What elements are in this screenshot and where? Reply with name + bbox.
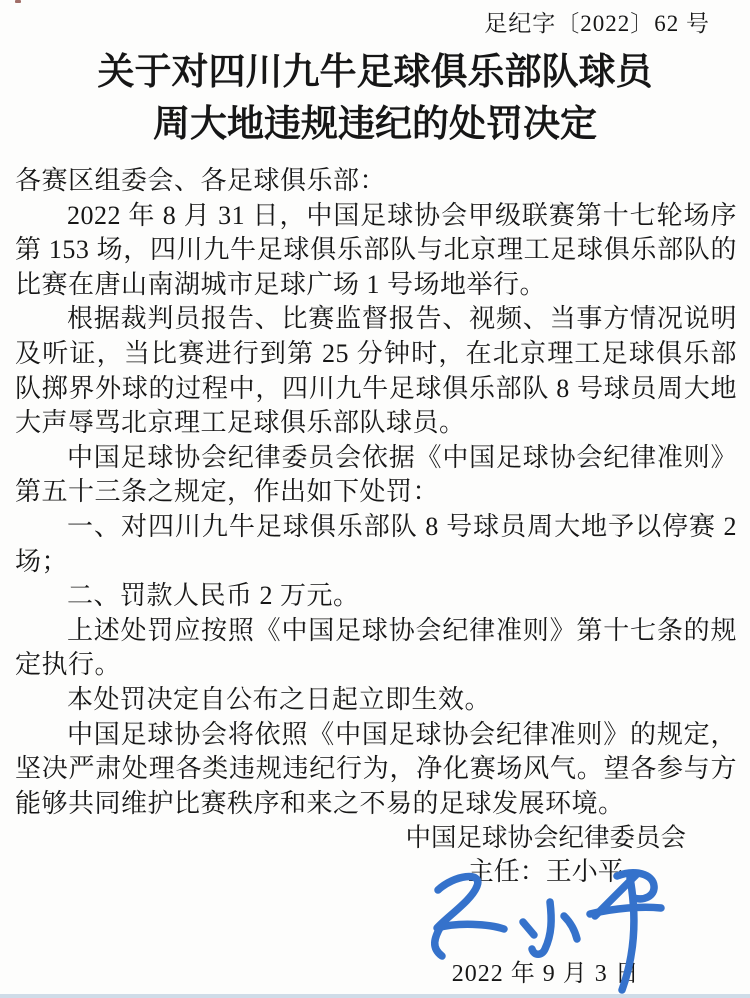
document-page: 足纪字〔2022〕62 号 关于对四川九牛足球俱乐部队球员 周大地违规违纪的处罚… <box>0 0 750 998</box>
signoff-date: 2022 年 9 月 3 日 <box>405 957 686 991</box>
paragraph-ruling-basis: 中国足球协会纪律委员会依据《中国足球协会纪律准则》第五十三条之规定，作出如下处罚… <box>15 441 737 510</box>
title-line-1: 关于对四川九牛足球俱乐部队球员 <box>0 47 750 99</box>
paragraph-penalty-1: 一、对四川九牛足球俱乐部队 8 号球员周大地予以停赛 2 场； <box>15 510 737 579</box>
paragraph-penalty-2: 二、罚款人民币 2 万元。 <box>15 579 737 614</box>
scan-artifact <box>15 0 21 3</box>
signoff-director: 主任：王小平 <box>405 855 686 889</box>
title-line-2: 周大地违规违纪的处罚决定 <box>0 99 750 151</box>
salutation: 各赛区组委会、各足球俱乐部： <box>15 164 737 199</box>
paragraph-effective: 本处罚决定自公布之日起立即生效。 <box>15 683 737 718</box>
document-body: 各赛区组委会、各足球俱乐部： 2022 年 8 月 31 日，中国足球协会甲级联… <box>15 164 737 821</box>
paragraph-incident: 根据裁判员报告、比赛监督报告、视频、当事方情况说明及听证，当比赛进行到第 25 … <box>15 302 737 440</box>
paragraph-execution: 上述处罚应按照《中国足球协会纪律准则》第十七条的规定执行。 <box>15 614 737 683</box>
paragraph-closing: 中国足球协会将依照《中国足球协会纪律准则》的规定，坚决严肃处理各类违规违纪行为，… <box>15 718 737 822</box>
scan-edge-strip <box>0 994 750 998</box>
signoff-organization: 中国足球协会纪律委员会 <box>405 821 686 855</box>
paragraph-match-info: 2022 年 8 月 31 日，中国足球协会甲级联赛第十七轮场序第 153 场，… <box>15 199 737 303</box>
signature-block: 中国足球协会纪律委员会 主任：王小平 2022 年 9 月 3 日 <box>405 821 686 991</box>
document-number: 足纪字〔2022〕62 号 <box>0 0 750 39</box>
document-title: 关于对四川九牛足球俱乐部队球员 周大地违规违纪的处罚决定 <box>0 47 750 151</box>
